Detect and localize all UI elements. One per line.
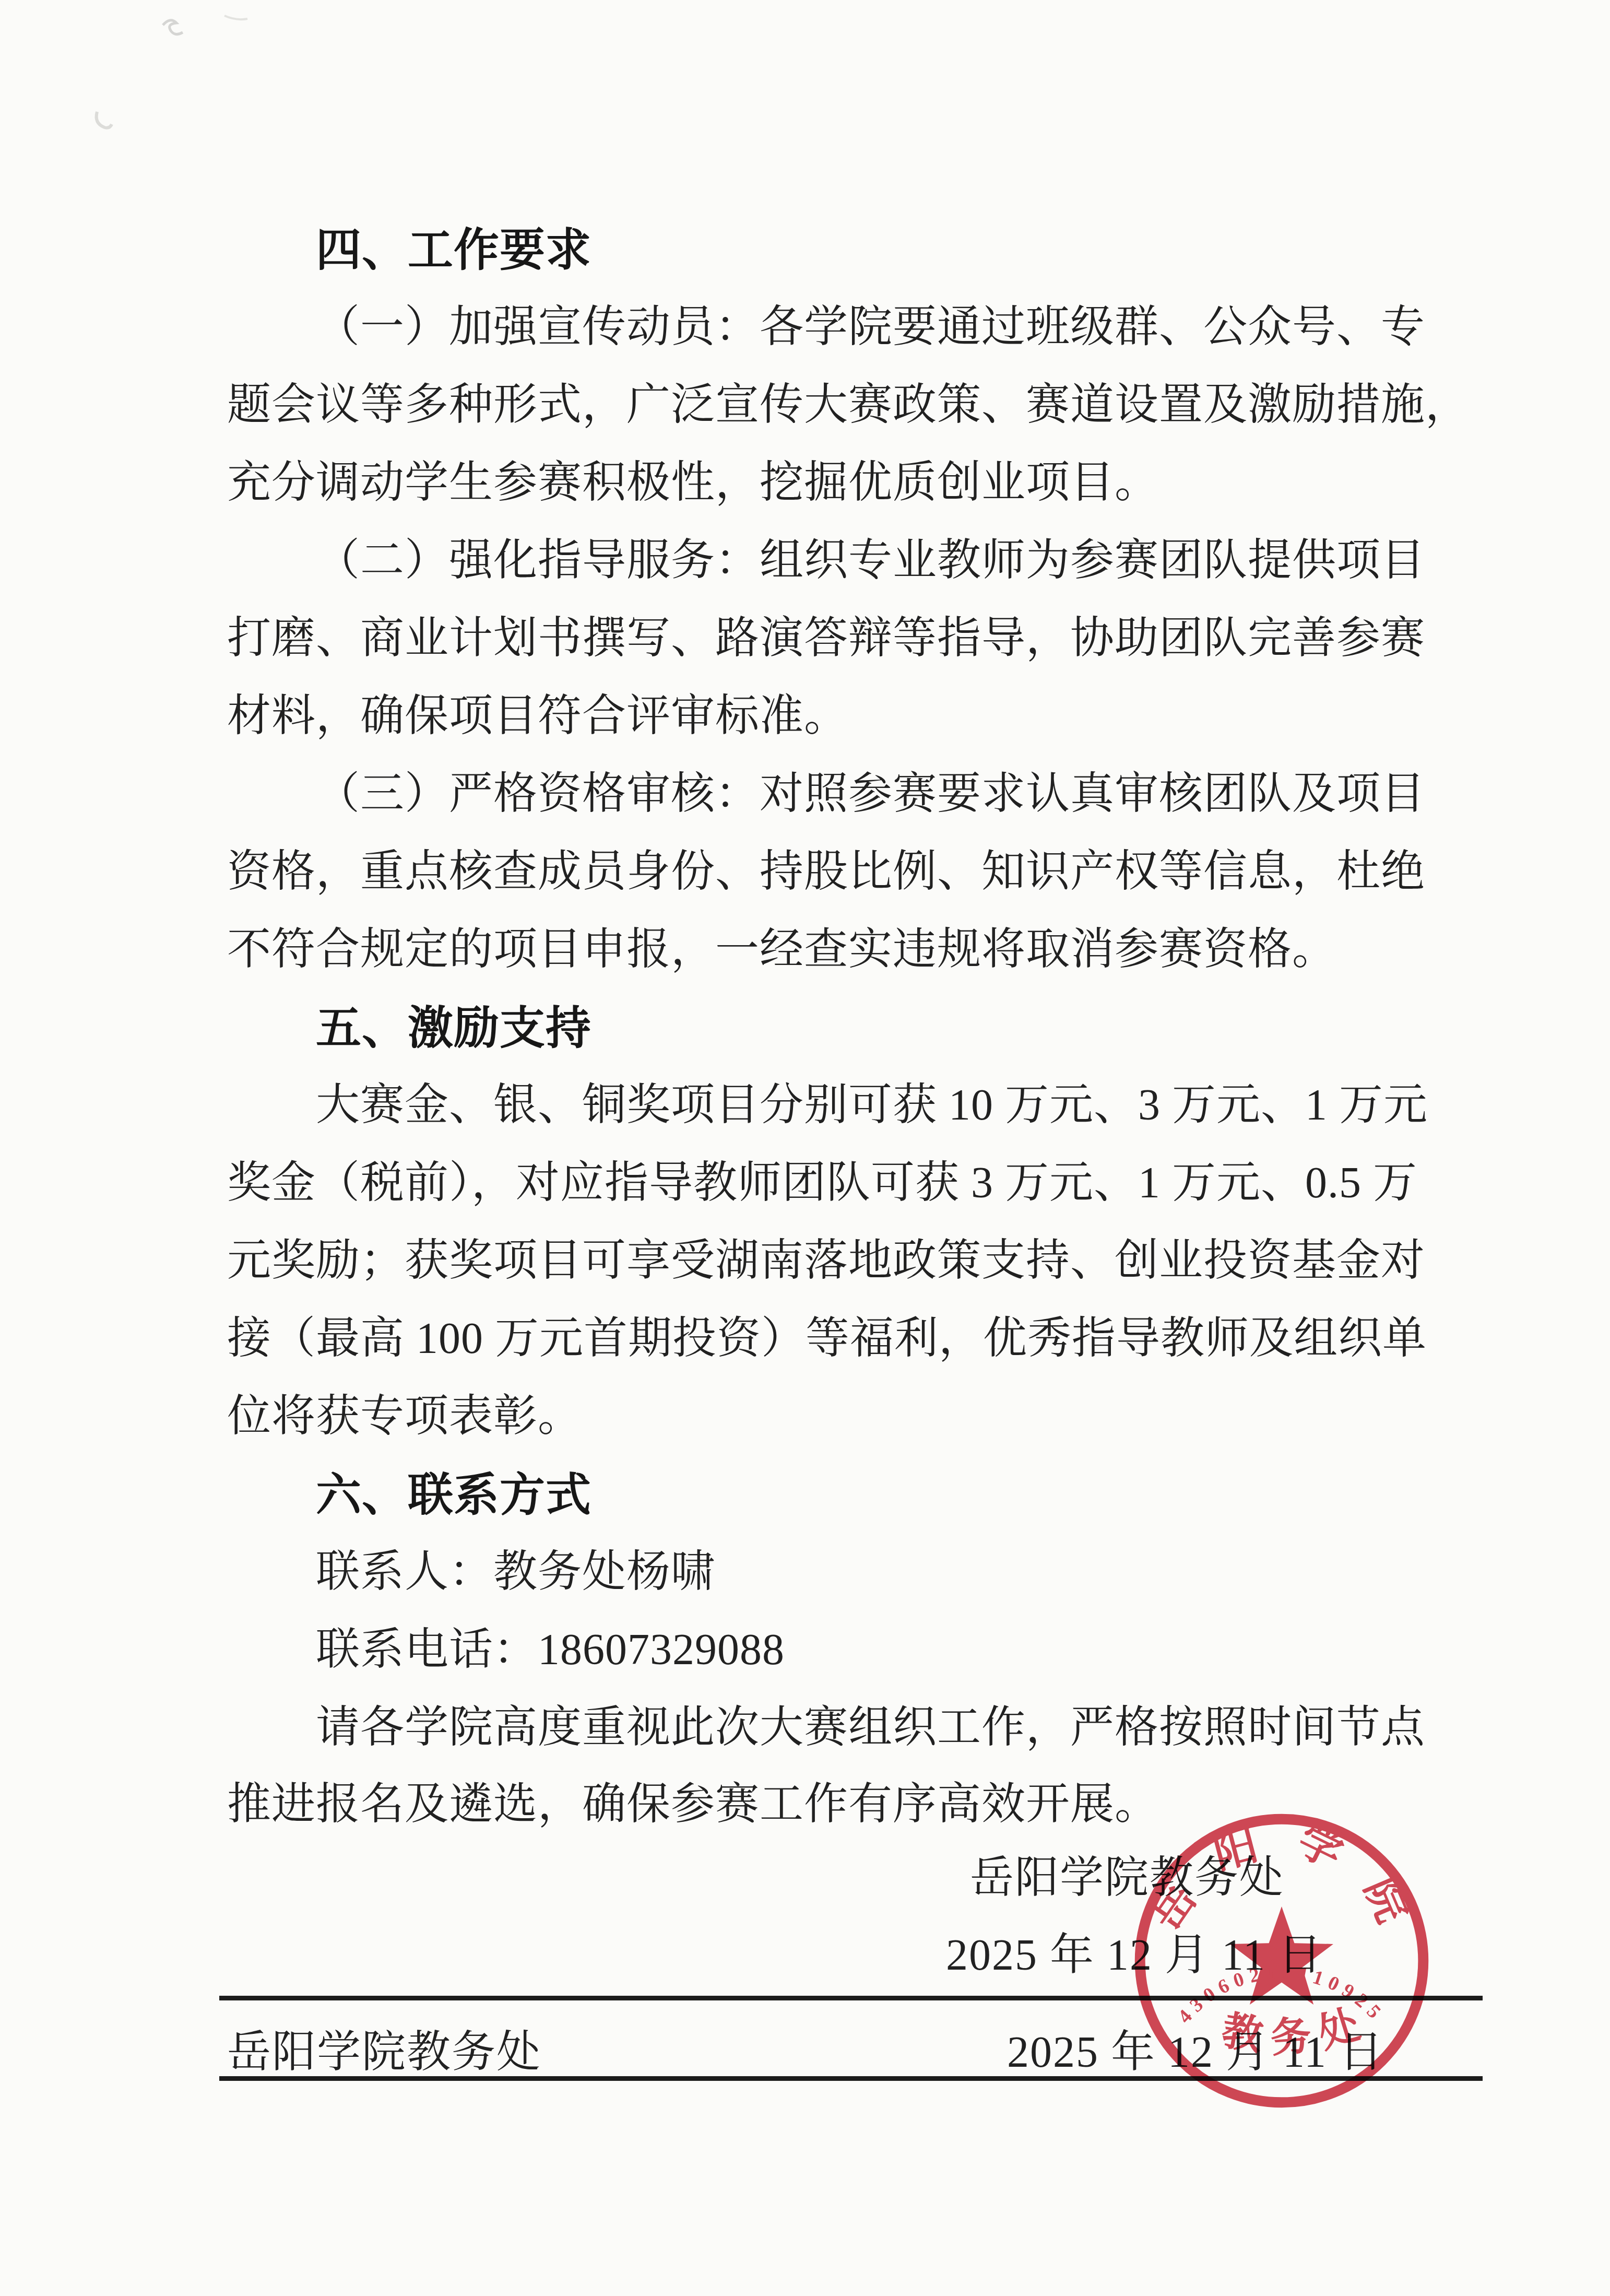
scan-scratch [224, 16, 247, 19]
scan-curl [97, 112, 112, 128]
paragraph-line: （二）强化指导服务：组织专业教师为参赛团队提供项目 [227, 536, 1494, 586]
seal-star-icon [1230, 1906, 1333, 2005]
paragraph-line: 元奖励；获奖项目可享受湖南落地政策支持、创业投资基金对 [227, 1236, 1405, 1287]
paragraph-line: 接（最高 100 万元首期投资）等福利，优秀指导教师及组织单 [227, 1314, 1405, 1364]
seal-dept-text: 教务处 [1218, 1998, 1376, 2061]
official-seal: 岳阳学院 教务处 43060210110925 [1119, 1798, 1445, 2124]
paragraph-line: 请各学院高度重视此次大赛组织工作，严格按照时间节点 [227, 1703, 1494, 1753]
scanned-notice-page: 四、工作要求 （一）加强宣传动员：各学院要通过班级群、公众号、专 题会议等多种形… [0, 0, 1610, 2296]
paragraph-line: 打磨、商业计划书撰写、路演答辩等指导，协助团队完善参赛 [227, 614, 1405, 664]
section-heading-5: 五、激励支持 [227, 1003, 1494, 1055]
section-heading-4: 四、工作要求 [227, 225, 1494, 277]
paragraph-line: 充分调动学生参赛积极性，挖掘优质创业项目。 [227, 458, 1405, 509]
contact-person-line: 联系人：教务处杨啸 [227, 1547, 1494, 1598]
paragraph-line: 位将获专项表彰。 [227, 1392, 1405, 1442]
paragraph-line: 资格，重点核查成员身份、持股比例、知识产权等信息，杜绝 [227, 847, 1405, 898]
section-heading-6: 六、联系方式 [227, 1469, 1494, 1522]
paragraph-line: 不符合规定的项目申报，一经查实违规将取消参赛资格。 [227, 925, 1405, 975]
scan-smudge [163, 20, 183, 34]
paragraph-line: 题会议等多种形式，广泛宣传大赛政策、赛道设置及激励措施， [227, 380, 1405, 431]
paragraph-line: （一）加强宣传动员：各学院要通过班级群、公众号、专 [227, 302, 1494, 353]
scan-artifacts [0, 0, 365, 167]
contact-phone-line: 联系电话：18607329088 [227, 1625, 1494, 1676]
paragraph-line: 材料，确保项目符合评审标准。 [227, 691, 1405, 742]
paragraph-line: 奖金（税前），对应指导教师团队可获 3 万元、1 万元、0.5 万 [227, 1158, 1405, 1209]
footer-org: 岳阳学院教务处 [227, 2017, 541, 2080]
paragraph-line: （三）严格资格审核：对照参赛要求认真审核团队及项目 [227, 769, 1494, 820]
paragraph-line: 大赛金、银、铜奖项目分别可获 10 万元、3 万元、1 万元 [227, 1080, 1494, 1131]
